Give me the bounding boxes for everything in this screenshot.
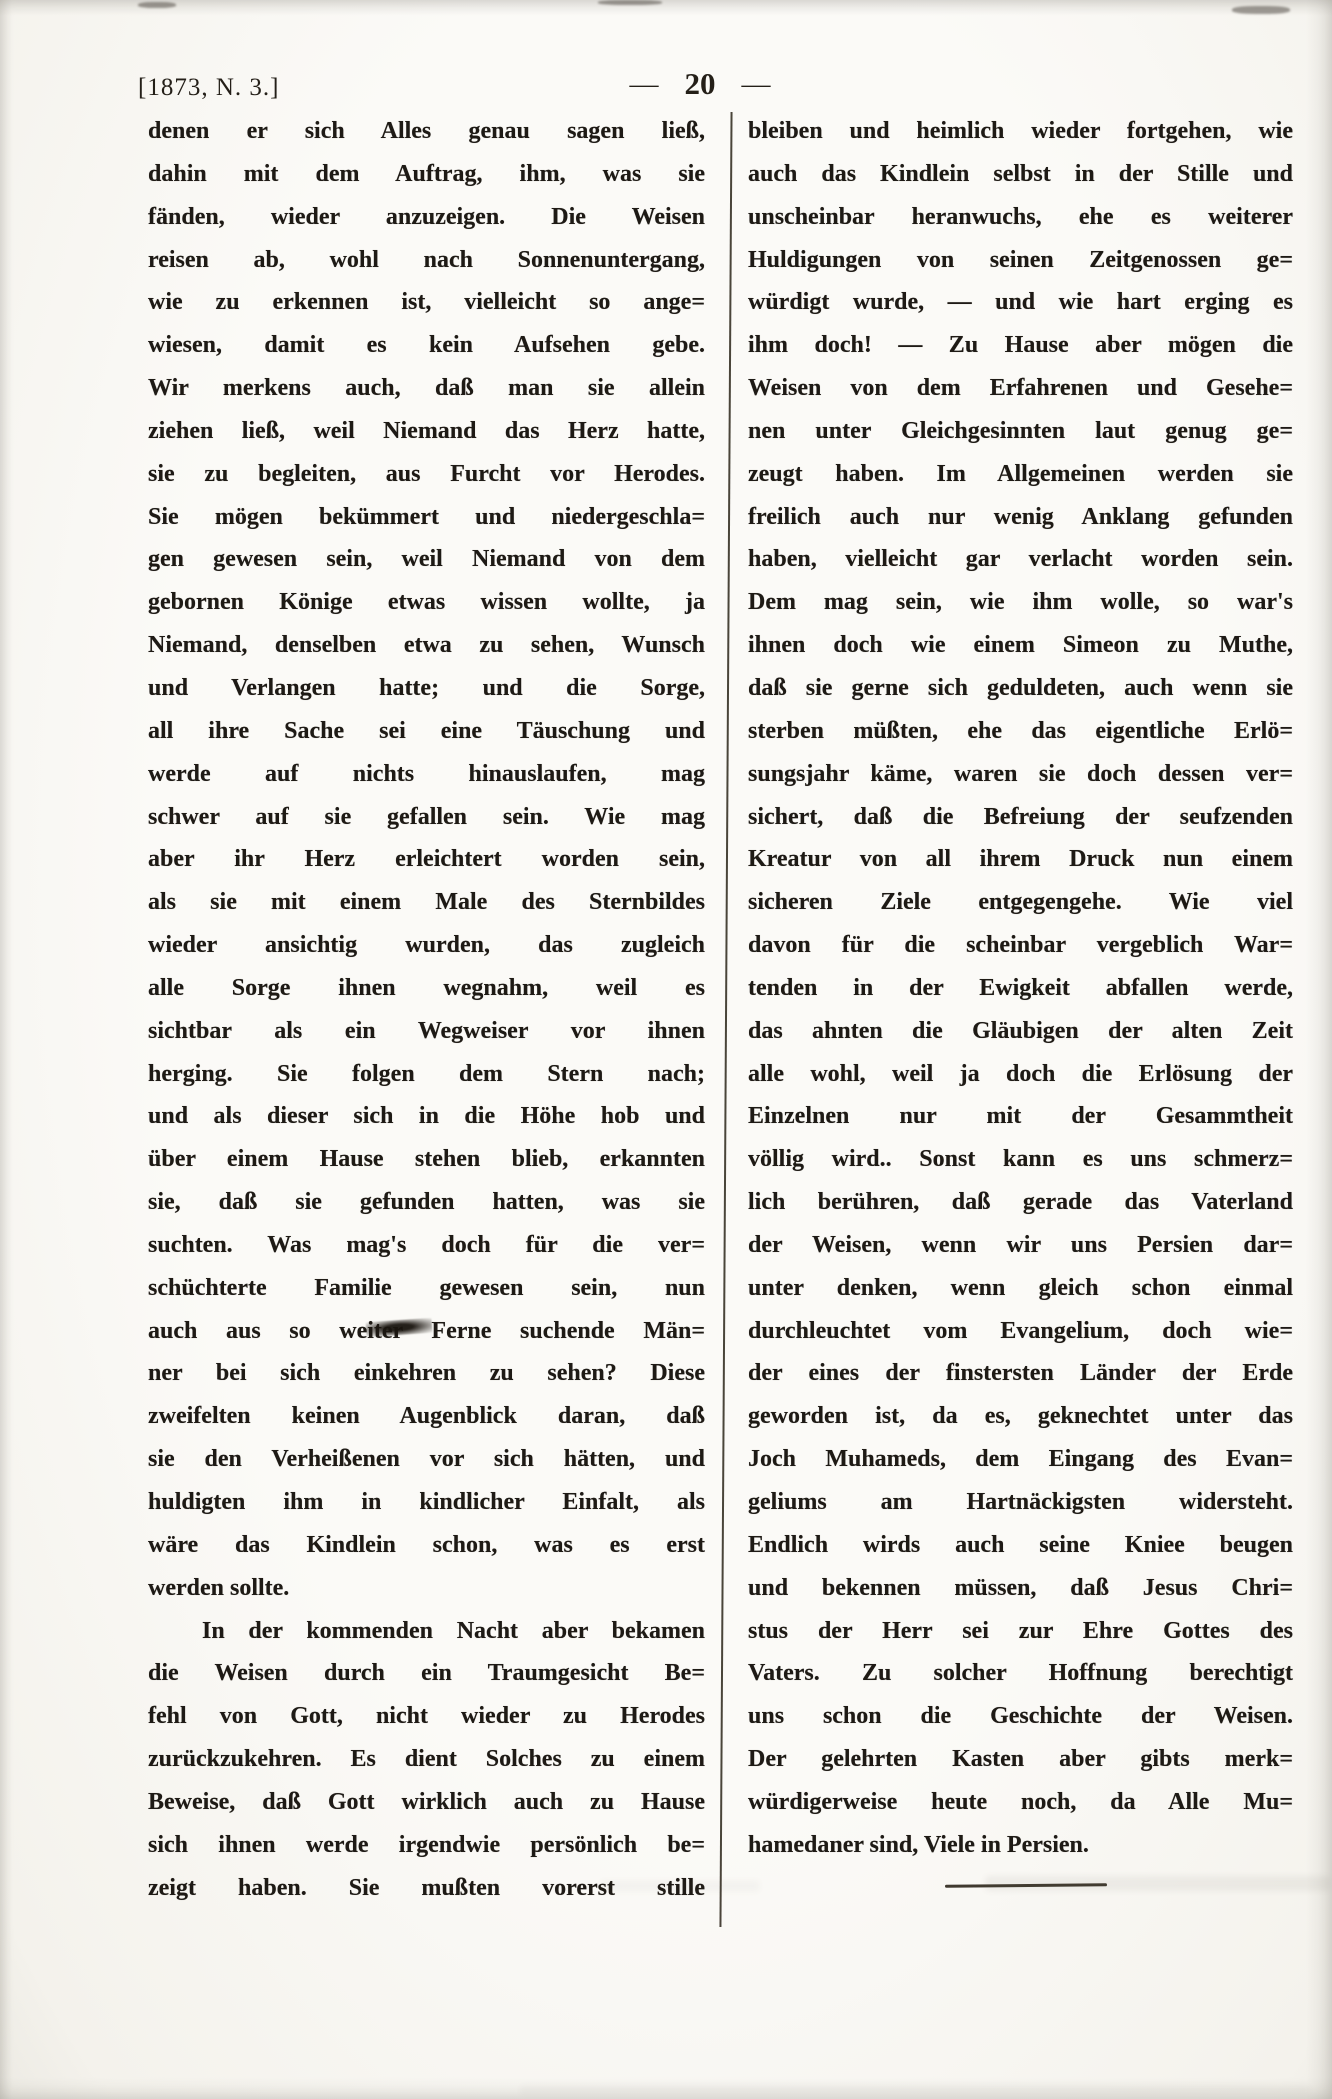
text-line: gebornen Könige etwas wissen wollte, ja (148, 581, 705, 624)
text-line: Weisen von dem Erfahrenen und Gesehe= (748, 367, 1293, 410)
text-line: nen unter Gleichgesinnten laut genug ge= (748, 410, 1293, 453)
text-line: schüchterte Familie gewesen sein, nun (148, 1267, 705, 1310)
text-line: werde auf nichts hinauslaufen, mag (148, 753, 705, 796)
text-line: sich ihnen werde irgendwie persönlich be… (148, 1824, 705, 1867)
scan-edge-shadow-top (0, 0, 1332, 16)
text-line: ihm doch! — Zu Hause aber mögen die (748, 324, 1293, 367)
text-line: sicheren Ziele entgegengehe. Wie viel (748, 881, 1293, 924)
text-line: Vaters. Zu solcher Hoffnung berechtigt (748, 1652, 1293, 1695)
text-line: daß sie gerne sich geduldeten, auch wenn… (748, 667, 1293, 710)
scan-edge-shadow-right (1306, 0, 1332, 2099)
text-line: würdigerweise heute noch, da Alle Mu= (748, 1781, 1293, 1824)
text-line: auch das Kindlein selbst in der Stille u… (748, 153, 1293, 196)
text-line: unscheinbar heranwuchs, ehe es weiterer (748, 196, 1293, 239)
page-number-group: — 20 — (540, 66, 860, 102)
text-line: lich berühren, daß gerade das Vaterland (748, 1181, 1293, 1224)
text-line: Der gelehrten Kasten aber gibts merk= (748, 1738, 1293, 1781)
text-line: geworden ist, da es, geknechtet unter da… (748, 1395, 1293, 1438)
text-line: sterben müßten, ehe das eigentliche Erlö… (748, 710, 1293, 753)
bleedthrough-ghost-text (520, 2085, 1310, 2095)
text-line: fänden, wieder anzuzeigen. Die Weisen (148, 196, 705, 239)
scanned-newspaper-page: [1873, N. 3.] — 20 — denen er sich Alles… (0, 0, 1332, 2099)
text-line: wieder ansichtig wurden, das zugleich (148, 924, 705, 967)
text-line: schwer auf sie gefallen sein. Wie mag (148, 796, 705, 839)
text-line: davon für die scheinbar vergeblich War= (748, 924, 1293, 967)
text-line: Dem mag sein, wie ihm wolle, so war's (748, 581, 1293, 624)
text-line: stus der Herr sei zur Ehre Gottes des (748, 1610, 1293, 1653)
text-line: zurückzukehren. Es dient Solches zu eine… (148, 1738, 705, 1781)
text-line: Endlich wirds auch seine Kniee beugen (748, 1524, 1293, 1567)
text-line: uns schon die Geschichte der Weisen. (748, 1695, 1293, 1738)
text-line: denen er sich Alles genau sagen ließ, (148, 110, 705, 153)
text-line: Niemand, denselben etwa zu sehen, Wunsch (148, 624, 705, 667)
issue-label: [1873, N. 3.] (138, 74, 279, 102)
text-line: Kreatur von all ihrem Druck nun einem (748, 838, 1293, 881)
bleedthrough-ghost-text (985, 1876, 1330, 1891)
text-line: bleiben und heimlich wieder fortgehen, w… (748, 110, 1293, 153)
text-line: wie zu erkennen ist, vielleicht so ange= (148, 281, 705, 324)
text-line: ziehen ließ, weil Niemand das Herz hatte… (148, 410, 705, 453)
text-line: freilich auch nur wenig Anklang gefunden (748, 496, 1293, 539)
text-line: sichert, daß die Befreiung der seufzende… (748, 796, 1293, 839)
text-line: alle Sorge ihnen wegnahm, weil es (148, 967, 705, 1010)
text-line: tenden in der Ewigkeit abfallen werde, (748, 967, 1293, 1010)
text-line: durchleuchtet vom Evangelium, doch wie= (748, 1310, 1293, 1353)
text-line: und Verlangen hatte; und die Sorge, (148, 667, 705, 710)
text-line: der eines der finstersten Länder der Erd… (748, 1352, 1293, 1395)
text-line: huldigten ihm in kindlicher Einfalt, als (148, 1481, 705, 1524)
text-line: dahin mit dem Auftrag, ihm, was sie (148, 153, 705, 196)
text-line: sie, daß sie gefunden hatten, was sie (148, 1181, 705, 1224)
text-line: sie zu begleiten, aus Furcht vor Herodes… (148, 453, 705, 496)
text-line-paragraph-end: werden sollte. (148, 1567, 705, 1610)
text-line: Huldigungen von seinen Zeitgenossen ge= (748, 239, 1293, 282)
bleedthrough-ghost-text (600, 1880, 760, 1892)
text-line: sungsjahr käme, waren sie doch dessen ve… (748, 753, 1293, 796)
text-line: sichtbar als ein Wegweiser vor ihnen (148, 1010, 705, 1053)
text-line: das ahnten die Gläubigen der alten Zeit (748, 1010, 1293, 1053)
text-line: reisen ab, wohl nach Sonnenuntergang, (148, 239, 705, 282)
text-line: alle wohl, weil ja doch die Erlösung der (748, 1053, 1293, 1096)
scan-speck (1232, 6, 1290, 14)
text-line: haben, vielleicht gar verlacht worden se… (748, 538, 1293, 581)
text-line: Joch Muhameds, dem Eingang des Evan= (748, 1438, 1293, 1481)
text-line: Sie mögen bekümmert und niedergeschla= (148, 496, 705, 539)
page-number: 20 (685, 66, 716, 102)
scan-speck (138, 2, 176, 8)
text-line: Einzelnen nur mit der Gesammtheit (748, 1095, 1293, 1138)
text-line: würdigt wurde, — und wie hart erging es (748, 281, 1293, 324)
text-line: unter denken, wenn gleich schon einmal (748, 1267, 1293, 1310)
text-line: und als dieser sich in die Höhe hob und (148, 1095, 705, 1138)
text-line: zweifelten keinen Augenblick daran, daß (148, 1395, 705, 1438)
text-column-right: bleiben und heimlich wieder fortgehen, w… (748, 110, 1293, 1867)
text-line: gen gewesen sein, weil Niemand von dem (148, 538, 705, 581)
text-column-left: denen er sich Alles genau sagen ließ, da… (148, 110, 705, 1909)
text-line: Wir merkens auch, daß man sie allein (148, 367, 705, 410)
text-line-paragraph-start: In der kommenden Nacht aber bekamen (148, 1610, 705, 1653)
text-line: über einem Hause stehen blieb, erkannten (148, 1138, 705, 1181)
text-line: all ihre Sache sei eine Täuschung und (148, 710, 705, 753)
text-line: aber ihr Herz erleichtert worden sein, (148, 838, 705, 881)
text-line: völlig wird.. Sonst kann es uns schmerz= (748, 1138, 1293, 1181)
text-line: sie den Verheißenen vor sich hätten, und (148, 1438, 705, 1481)
header-dash-right: — (742, 68, 771, 101)
text-line: wäre das Kindlein schon, was es erst (148, 1524, 705, 1567)
text-line: suchten. Was mag's doch für die ver= (148, 1224, 705, 1267)
column-divider-rule (719, 112, 732, 1927)
text-line: ihnen doch wie einem Simeon zu Muthe, (748, 624, 1293, 667)
scan-speck (598, 0, 662, 5)
text-line: und bekennen müssen, daß Jesus Chri= (748, 1567, 1293, 1610)
text-line: ner bei sich einkehren zu sehen? Diese (148, 1352, 705, 1395)
text-line: die Weisen durch ein Traumgesicht Be= (148, 1652, 705, 1695)
scan-edge-shadow-left (0, 0, 12, 2099)
text-line: fehl von Gott, nicht wieder zu Herodes (148, 1695, 705, 1738)
text-line: geliums am Hartnäckigsten widersteht. (748, 1481, 1293, 1524)
header-dash-left: — (630, 68, 659, 101)
text-line: wiesen, damit es kein Aufsehen gebe. (148, 324, 705, 367)
text-line: zeugt haben. Im Allgemeinen werden sie (748, 453, 1293, 496)
text-line: herging. Sie folgen dem Stern nach; (148, 1053, 705, 1096)
text-line: der Weisen, wenn wir uns Persien dar= (748, 1224, 1293, 1267)
text-line: Beweise, daß Gott wirklich auch zu Hause (148, 1781, 705, 1824)
text-line-paragraph-end: hamedaner sind, Viele in Persien. (748, 1824, 1293, 1867)
text-line: als sie mit einem Male des Sternbildes (148, 881, 705, 924)
